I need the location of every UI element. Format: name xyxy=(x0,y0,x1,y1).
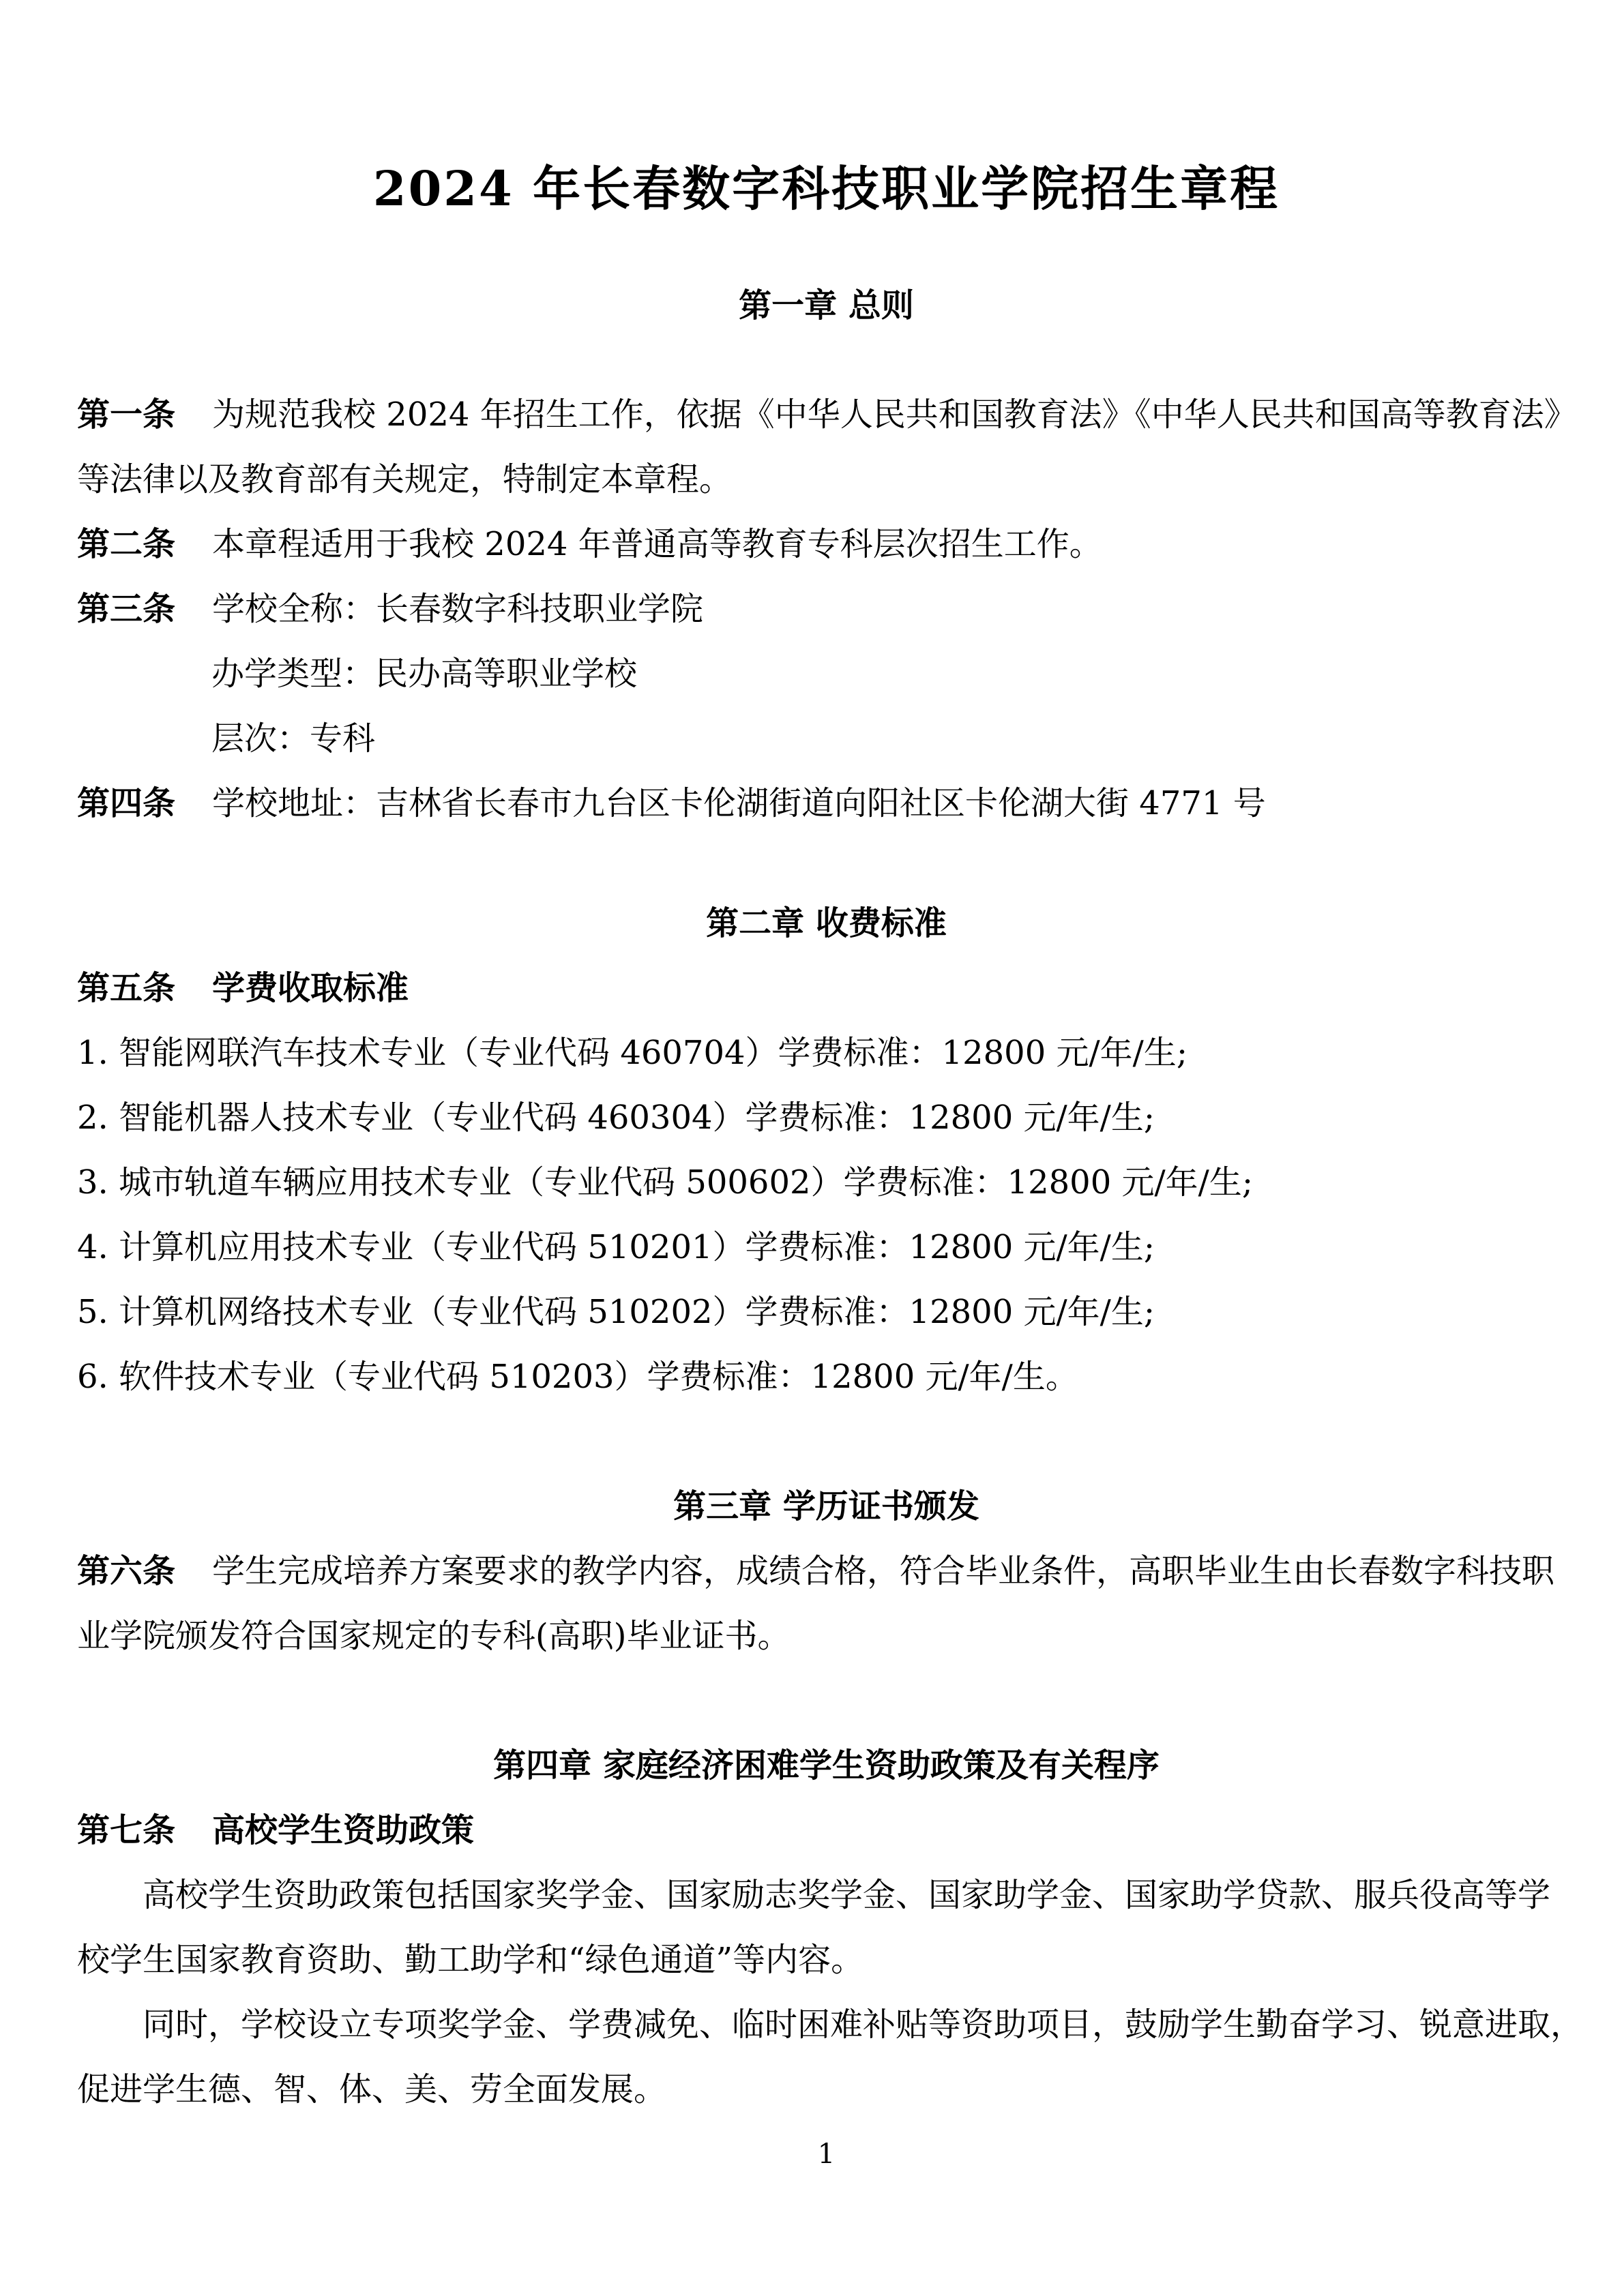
document-line: 6. 软件技术专业（专业代码 510203）学费标准：12800 元/年/生。 xyxy=(77,1345,1576,1410)
line-text: 学生完成培养方案要求的教学内容，成绩合格，符合毕业条件，高职毕业生由长春数字科技… xyxy=(212,1552,1554,1590)
line-text: 同时，学校设立专项奖学金、学费减免、临时困难补贴等资助项目，鼓励学生勤奋学习、锐… xyxy=(143,2006,1583,2044)
document-line: 4. 计算机应用技术专业（专业代码 510201）学费标准：12800 元/年/… xyxy=(77,1215,1576,1280)
article-label: 第五条 xyxy=(77,969,175,1007)
document-line: 第七条高校学生资助政策 xyxy=(77,1798,1576,1863)
line-text: 等法律以及教育部有关规定，特制定本章程。 xyxy=(77,460,732,498)
line-text: 2. 智能机器人技术专业（专业代码 460304）学费标准：12800 元/年/… xyxy=(77,1099,1155,1137)
document-line: 第六条学生完成培养方案要求的教学内容，成绩合格，符合毕业条件，高职毕业生由长春数… xyxy=(77,1539,1576,1604)
chapter-heading: 第四章 家庭经济困难学生资助政策及有关程序 xyxy=(77,1733,1576,1798)
line-text: 为规范我校 2024 年招生工作，依据《中华人民共和国教育法》《中华人民共和国高… xyxy=(212,396,1577,434)
document-line: 5. 计算机网络技术专业（专业代码 510202）学费标准：12800 元/年/… xyxy=(77,1280,1576,1345)
document-line: 第四条学校地址：吉林省长春市九台区卡伦湖街道向阳社区卡伦湖大街 4771 号 xyxy=(77,771,1576,836)
page-number: 1 xyxy=(77,2122,1576,2187)
document-line: 1. 智能网联汽车技术专业（专业代码 460704）学费标准：12800 元/年… xyxy=(77,1021,1576,1086)
article-label: 第三条 xyxy=(77,590,175,628)
line-text: 业学院颁发符合国家规定的专科(高职)毕业证书。 xyxy=(77,1617,790,1655)
line-text: 4. 计算机应用技术专业（专业代码 510201）学费标准：12800 元/年/… xyxy=(77,1228,1155,1266)
document-body: 第一章 总则第一条为规范我校 2024 年招生工作，依据《中华人民共和国教育法》… xyxy=(77,273,1576,2122)
line-text: 3. 城市轨道车辆应用技术专业（专业代码 500602）学费标准：12800 元… xyxy=(77,1163,1253,1202)
line-text: 1. 智能网联汽车技术专业（专业代码 460704）学费标准：12800 元/年… xyxy=(77,1034,1187,1072)
article-label: 第六条 xyxy=(77,1552,175,1590)
line-text: 5. 计算机网络技术专业（专业代码 510202）学费标准：12800 元/年/… xyxy=(77,1293,1155,1331)
article-label: 第七条 xyxy=(77,1811,175,1849)
document-line: 同时，学校设立专项奖学金、学费减免、临时困难补贴等资助项目，鼓励学生勤奋学习、锐… xyxy=(77,1993,1576,2057)
line-text: 学校地址：吉林省长春市九台区卡伦湖街道向阳社区卡伦湖大街 4771 号 xyxy=(212,784,1266,822)
line-text: 学校全称：长春数字科技职业学院 xyxy=(212,590,703,628)
line-text: 校学生国家教育资助、勤工助学和“绿色通道”等内容。 xyxy=(77,1941,863,1979)
line-text: 层次：专科 xyxy=(211,719,375,758)
document-line: 等法律以及教育部有关规定，特制定本章程。 xyxy=(77,447,1576,512)
article-label: 第一条 xyxy=(77,396,175,434)
line-text: 高校学生资助政策 xyxy=(212,1811,474,1849)
line-text: 高校学生资助政策包括国家奖学金、国家励志奖学金、国家助学金、国家助学贷款、服兵役… xyxy=(143,1876,1550,1914)
line-text: 办学类型：民办高等职业学校 xyxy=(211,655,637,693)
document-line: 业学院颁发符合国家规定的专科(高职)毕业证书。 xyxy=(77,1604,1576,1669)
line-text: 促进学生德、智、体、美、劳全面发展。 xyxy=(77,2070,666,2108)
line-text: 6. 软件技术专业（专业代码 510203）学费标准：12800 元/年/生。 xyxy=(77,1358,1078,1396)
document-line: 促进学生德、智、体、美、劳全面发展。 xyxy=(77,2057,1576,2122)
document-title: 2024 年长春数字科技职业学院招生章程 xyxy=(77,156,1576,221)
document-line: 办学类型：民办高等职业学校 xyxy=(77,642,1576,706)
document-line: 第五条学费收取标准 xyxy=(77,956,1576,1021)
document-line: 第一条为规范我校 2024 年招生工作，依据《中华人民共和国教育法》《中华人民共… xyxy=(77,383,1576,447)
document-line: 高校学生资助政策包括国家奖学金、国家励志奖学金、国家助学金、国家助学贷款、服兵役… xyxy=(77,1863,1576,1928)
document-line: 2. 智能机器人技术专业（专业代码 460304）学费标准：12800 元/年/… xyxy=(77,1086,1576,1150)
article-label: 第四条 xyxy=(77,784,175,822)
chapter-heading: 第二章 收费标准 xyxy=(77,891,1576,956)
chapter-heading: 第三章 学历证书颁发 xyxy=(77,1474,1576,1539)
document-line: 第二条本章程适用于我校 2024 年普通高等教育专科层次招生工作。 xyxy=(77,512,1576,577)
document-line: 校学生国家教育资助、勤工助学和“绿色通道”等内容。 xyxy=(77,1928,1576,1993)
document-line: 层次：专科 xyxy=(77,706,1576,771)
document-line: 3. 城市轨道车辆应用技术专业（专业代码 500602）学费标准：12800 元… xyxy=(77,1150,1576,1215)
line-text: 学费收取标准 xyxy=(212,969,409,1007)
chapter-heading: 第一章 总则 xyxy=(77,273,1576,338)
document-line: 第三条学校全称：长春数字科技职业学院 xyxy=(77,577,1576,642)
line-text: 本章程适用于我校 2024 年普通高等教育专科层次招生工作。 xyxy=(212,525,1102,563)
article-label: 第二条 xyxy=(77,525,175,563)
document-page: 2024 年长春数字科技职业学院招生章程 第一章 总则第一条为规范我校 2024… xyxy=(0,0,1624,2296)
